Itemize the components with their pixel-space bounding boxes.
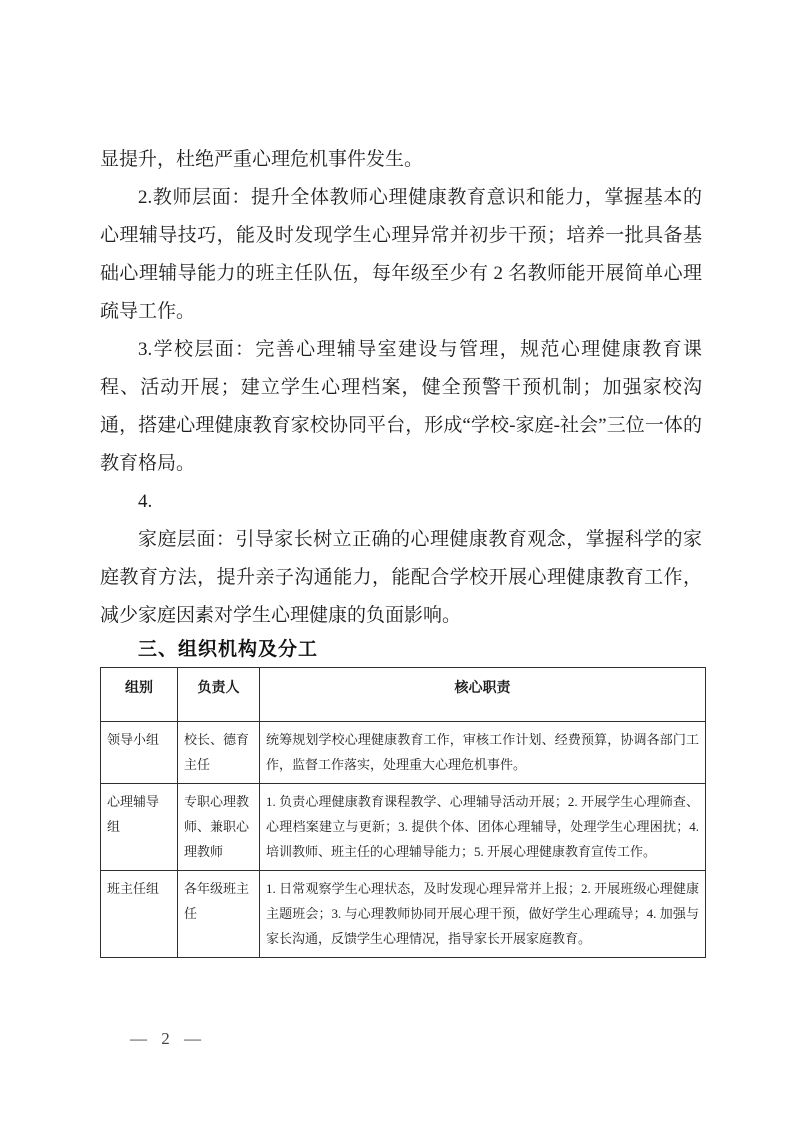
group-cell: 领导小组 xyxy=(101,722,178,784)
table-header-row: 组别 负责人 核心职责 xyxy=(101,668,706,722)
table-row: 班主任组 各年级班主任 1. 日常观察学生心理状态，及时发现心理异常并上报；2.… xyxy=(101,871,706,958)
group-cell: 心理辅导组 xyxy=(101,784,178,871)
paragraph-family-level: 家庭层面：引导家长树立正确的心理健康教育观念，掌握科学的家庭教育方法，提升亲子沟… xyxy=(100,521,702,635)
paragraph-item-number: 4. xyxy=(100,483,702,521)
duties-cell: 1. 负责心理健康教育课程教学、心理辅导活动开展；2. 开展学生心理筛查、心理档… xyxy=(260,784,706,871)
lead-cell: 校长、德育主任 xyxy=(178,722,260,784)
org-structure-table: 组别 负责人 核心职责 领导小组 校长、德育主任 统筹规划学校心理健康教育工作，… xyxy=(100,667,706,958)
page-content: 显提升，杜绝严重心理危机事件发生。 2.教师层面：提升全体教师心理健康教育意识和… xyxy=(100,141,702,958)
duties-cell: 1. 日常观察学生心理状态，及时发现心理异常并上报；2. 开展班级心理健康主题班… xyxy=(260,871,706,958)
header-duties: 核心职责 xyxy=(260,668,706,722)
paragraph-continuation: 显提升，杜绝严重心理危机事件发生。 xyxy=(100,141,702,179)
paragraph-school-level: 3.学校层面：完善心理辅导室建设与管理，规范心理健康教育课程、活动开展；建立学生… xyxy=(100,331,702,483)
lead-cell: 专职心理教师、兼职心理教师 xyxy=(178,784,260,871)
group-cell: 班主任组 xyxy=(101,871,178,958)
table-row: 领导小组 校长、德育主任 统筹规划学校心理健康教育工作，审核工作计划、经费预算，… xyxy=(101,722,706,784)
header-group: 组别 xyxy=(101,668,178,722)
section-heading: 三、组织机构及分工 xyxy=(100,635,702,665)
header-lead: 负责人 xyxy=(178,668,260,722)
page-number: — 2 — xyxy=(130,1029,203,1049)
paragraph-teacher-level: 2.教师层面：提升全体教师心理健康教育意识和能力，掌握基本的心理辅导技巧，能及时… xyxy=(100,179,702,331)
document-page: 显提升，杜绝严重心理危机事件发生。 2.教师层面：提升全体教师心理健康教育意识和… xyxy=(0,0,793,1122)
table-row: 心理辅导组 专职心理教师、兼职心理教师 1. 负责心理健康教育课程教学、心理辅导… xyxy=(101,784,706,871)
duties-cell: 统筹规划学校心理健康教育工作，审核工作计划、经费预算，协调各部门工作，监督工作落… xyxy=(260,722,706,784)
lead-cell: 各年级班主任 xyxy=(178,871,260,958)
